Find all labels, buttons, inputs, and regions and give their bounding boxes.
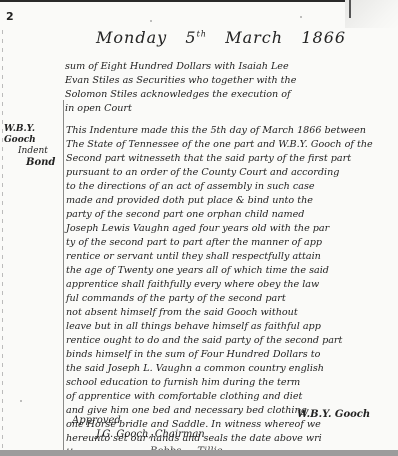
text-line: Solomon Stiles acknowledges the executio… [65,88,296,102]
text-line: made and provided doth put place & bind … [66,194,373,208]
margin-note-name: W.B.Y. Gooch [4,124,62,146]
previous-entry: sum of Eight Hundred Dollars with Isaiah… [65,60,296,116]
text-line: in open Court [65,102,296,116]
page-heading: Monday 5th March 1866 [96,28,346,47]
corner-mark [349,0,351,18]
top-rule [0,0,350,2]
page-number: 2 [6,10,14,23]
left-edge-binding [2,30,3,450]
text-line: party of the second part one orphan chil… [66,208,373,222]
paper-speck [300,16,302,18]
heading-year: 1866 [301,28,346,47]
paper-speck [20,400,22,402]
document-page: 2 Monday 5th March 1866 sum of Eight Hun… [0,0,398,456]
approved-by: J.G. Gooch, Chairman [96,429,205,440]
approved-label: Approved [72,415,121,426]
heading-date-suffix: th [197,30,207,39]
margin-rule [63,100,64,450]
heading-month: March [225,28,283,47]
text-line: pursuant to an order of the County Court… [66,166,373,180]
text-line: to the directions of an act of assembly … [66,180,373,194]
text-line: school education to furnish him during t… [66,376,373,390]
text-line: This Indenture made this the 5th day of … [66,124,373,138]
text-line: The State of Tennessee of the one part a… [66,138,373,152]
scan-bottom-band [0,450,398,456]
indenture-text: This Indenture made this the 5th day of … [66,124,373,456]
margin-note: W.B.Y. Gooch Indent Bond [4,124,62,168]
signature: W.B.Y. Gooch [297,409,370,420]
text-line: rentice ought to do and the said party o… [66,334,373,348]
heading-day: Monday [96,28,167,47]
text-line: the said Joseph L. Vaughn a common count… [66,362,373,376]
text-line: apprentice shall faithfully every where … [66,278,373,292]
text-line: Joseph Lewis Vaughn aged four years old … [66,222,373,236]
text-line: leave but in all things behave himself a… [66,320,373,334]
page-smudge [345,0,398,28]
margin-note-bond: Bond [4,157,62,168]
text-line: of apprentice with comfortable clothing … [66,390,373,404]
text-line: Second part witnesseth that the said par… [66,152,373,166]
text-line: binds himself in the sum of Four Hundred… [66,348,373,362]
text-line: rentice or servant until they shall resp… [66,250,373,264]
text-line: sum of Eight Hundred Dollars with Isaiah… [65,60,296,74]
margin-note-type: Indent [4,146,62,157]
text-line: ful commands of the party of the second … [66,292,373,306]
text-line: Evan Stiles as Securities who together w… [65,74,296,88]
text-line: ty of the second part to part after the … [66,236,373,250]
paper-speck [150,20,152,22]
heading-date: 5 [185,28,196,47]
text-line: not absent himself from the said Gooch w… [66,306,373,320]
text-line: the age of Twenty one years all of which… [66,264,373,278]
